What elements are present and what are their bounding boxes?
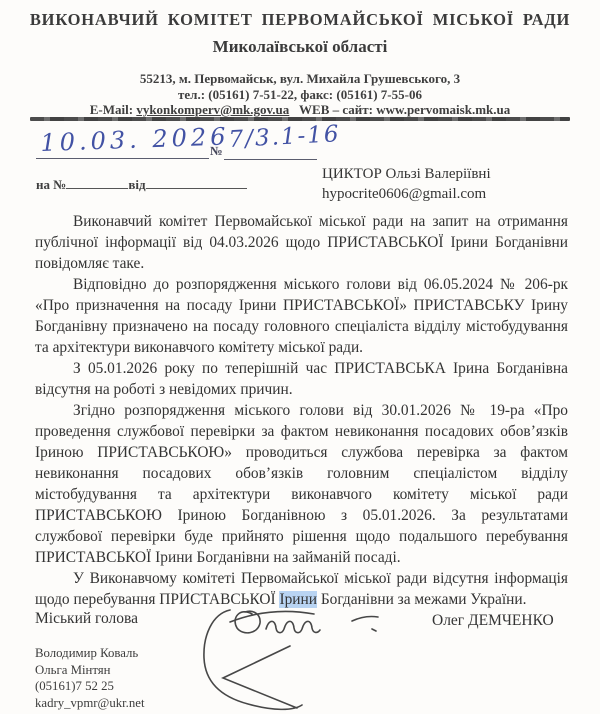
scanned-letter-page: ВИКОНАВЧИЙ КОМІТЕТ ПЕРВОМАЙСЬКОЇ МІСЬКОЇ… <box>0 0 600 714</box>
executor-phone: (05161)7 52 25 <box>35 678 145 695</box>
org-website: WEB – сайт: www.pervomaisk.mk.ua <box>299 102 510 117</box>
reply-reference-row: на №від <box>36 176 247 193</box>
paragraph-2: Відповідно до розпорядження міського гол… <box>35 274 568 358</box>
date-underline <box>36 158 209 159</box>
executor-name-2: Ольга Мінтян <box>35 662 145 679</box>
recipient-name: ЦИКТОР Ользі Валеріївні <box>322 165 491 185</box>
reply-number-blank <box>66 176 128 189</box>
executor-name-1: Володимир Коваль <box>35 645 145 662</box>
letterhead-contacts: 55213, м. Первомайськ, вул. Михайла Груш… <box>0 71 600 118</box>
number-underline <box>224 159 317 160</box>
reply-vid-label: від <box>128 177 145 192</box>
number-sign: № <box>210 144 223 159</box>
reply-na-label: на № <box>36 177 66 192</box>
recipient-block: ЦИКТОР Ользі Валеріївні hypocrite0606@gm… <box>322 165 491 204</box>
phone-fax-line: тел.: (05161) 7-51-22, факс: (05161) 7-5… <box>0 87 600 103</box>
recipient-email: hypocrite0606@gmail.com <box>322 185 491 205</box>
letter-body: Виконавчий комітет Первомайської міської… <box>35 211 568 610</box>
handwritten-signature <box>188 602 398 714</box>
letterhead: ВИКОНАВЧИЙ КОМІТЕТ ПЕРВОМАЙСЬКОЇ МІСЬКОЇ… <box>0 10 600 118</box>
spacer <box>289 102 299 117</box>
signer-name: Олег ДЕМЧЕНКО <box>432 612 554 630</box>
org-email: vykonkomperv@mk.gov.ua <box>136 102 289 117</box>
executor-contacts: Володимир Коваль Ольга Мінтян (05161)7 5… <box>35 645 145 711</box>
signer-position-title: Міський голова <box>35 610 138 628</box>
paragraph-3: З 05.01.2026 року по теперішній час ПРИС… <box>35 358 568 400</box>
email-web-line: E-Mail: vykonkomperv@mk.gov.ua WEB – сай… <box>0 102 600 118</box>
organization-name: ВИКОНАВЧИЙ КОМІТЕТ ПЕРВОМАЙСЬКОЇ МІСЬКОЇ… <box>0 10 600 30</box>
postal-address: 55213, м. Первомайськ, вул. Михайла Груш… <box>0 71 600 87</box>
paragraph-4: Згідно розпорядження міського голови від… <box>35 400 568 568</box>
organization-region: Миколаївської області <box>0 37 600 57</box>
handwritten-date: 10.03. 2026 <box>40 122 230 157</box>
handwritten-outgoing-number: 7/3.1-16 <box>228 121 341 153</box>
letterhead-divider-rule <box>30 117 570 121</box>
paragraph-1: Виконавчий комітет Первомайської міської… <box>35 211 568 274</box>
reply-date-blank <box>146 176 247 189</box>
email-label: E-Mail: <box>90 102 137 117</box>
executor-email: kadry_vpmr@ukr.net <box>35 695 145 712</box>
